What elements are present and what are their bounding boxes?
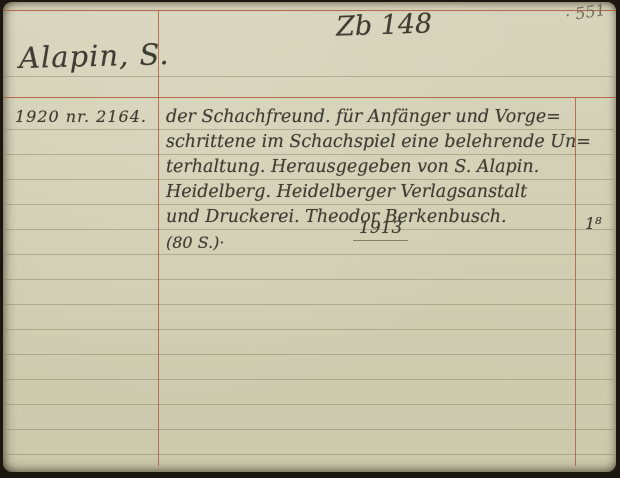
entry-line: schrittene im Schachspiel eine belehrend… bbox=[166, 130, 568, 155]
header-divider-red-rule bbox=[3, 97, 616, 98]
author-baseline-rule bbox=[5, 76, 614, 77]
publication-year: 1913 bbox=[353, 218, 408, 241]
entry-text-block: der Schachfreund. für Anfänger und Vorge… bbox=[166, 105, 568, 230]
top-red-rule bbox=[3, 10, 616, 11]
accession-number: 1920 nr. 2164. bbox=[15, 107, 147, 126]
entry-line: der Schachfreund. für Anfänger und Vorge… bbox=[166, 105, 568, 130]
right-margin-red-rule bbox=[575, 97, 576, 466]
volume-format: 1⁸ bbox=[585, 214, 602, 233]
collation-note: (80 S.)· bbox=[166, 233, 225, 252]
shelfmark: Zb 148 bbox=[335, 8, 432, 42]
entry-line: terhaltung. Herausgegeben von S. Alapin. bbox=[166, 155, 568, 180]
left-margin-red-rule bbox=[158, 10, 159, 466]
entry-line: Heidelberg. Heidelberger Verlagsanstalt bbox=[166, 180, 568, 205]
corner-number: · 551 bbox=[564, 0, 607, 25]
author-heading: Alapin, S. bbox=[19, 37, 170, 75]
index-card: Zb 148 · 551 Alapin, S. 1920 nr. 2164. d… bbox=[3, 2, 616, 472]
scanned-catalog-card: Zb 148 · 551 Alapin, S. 1920 nr. 2164. d… bbox=[0, 0, 620, 478]
